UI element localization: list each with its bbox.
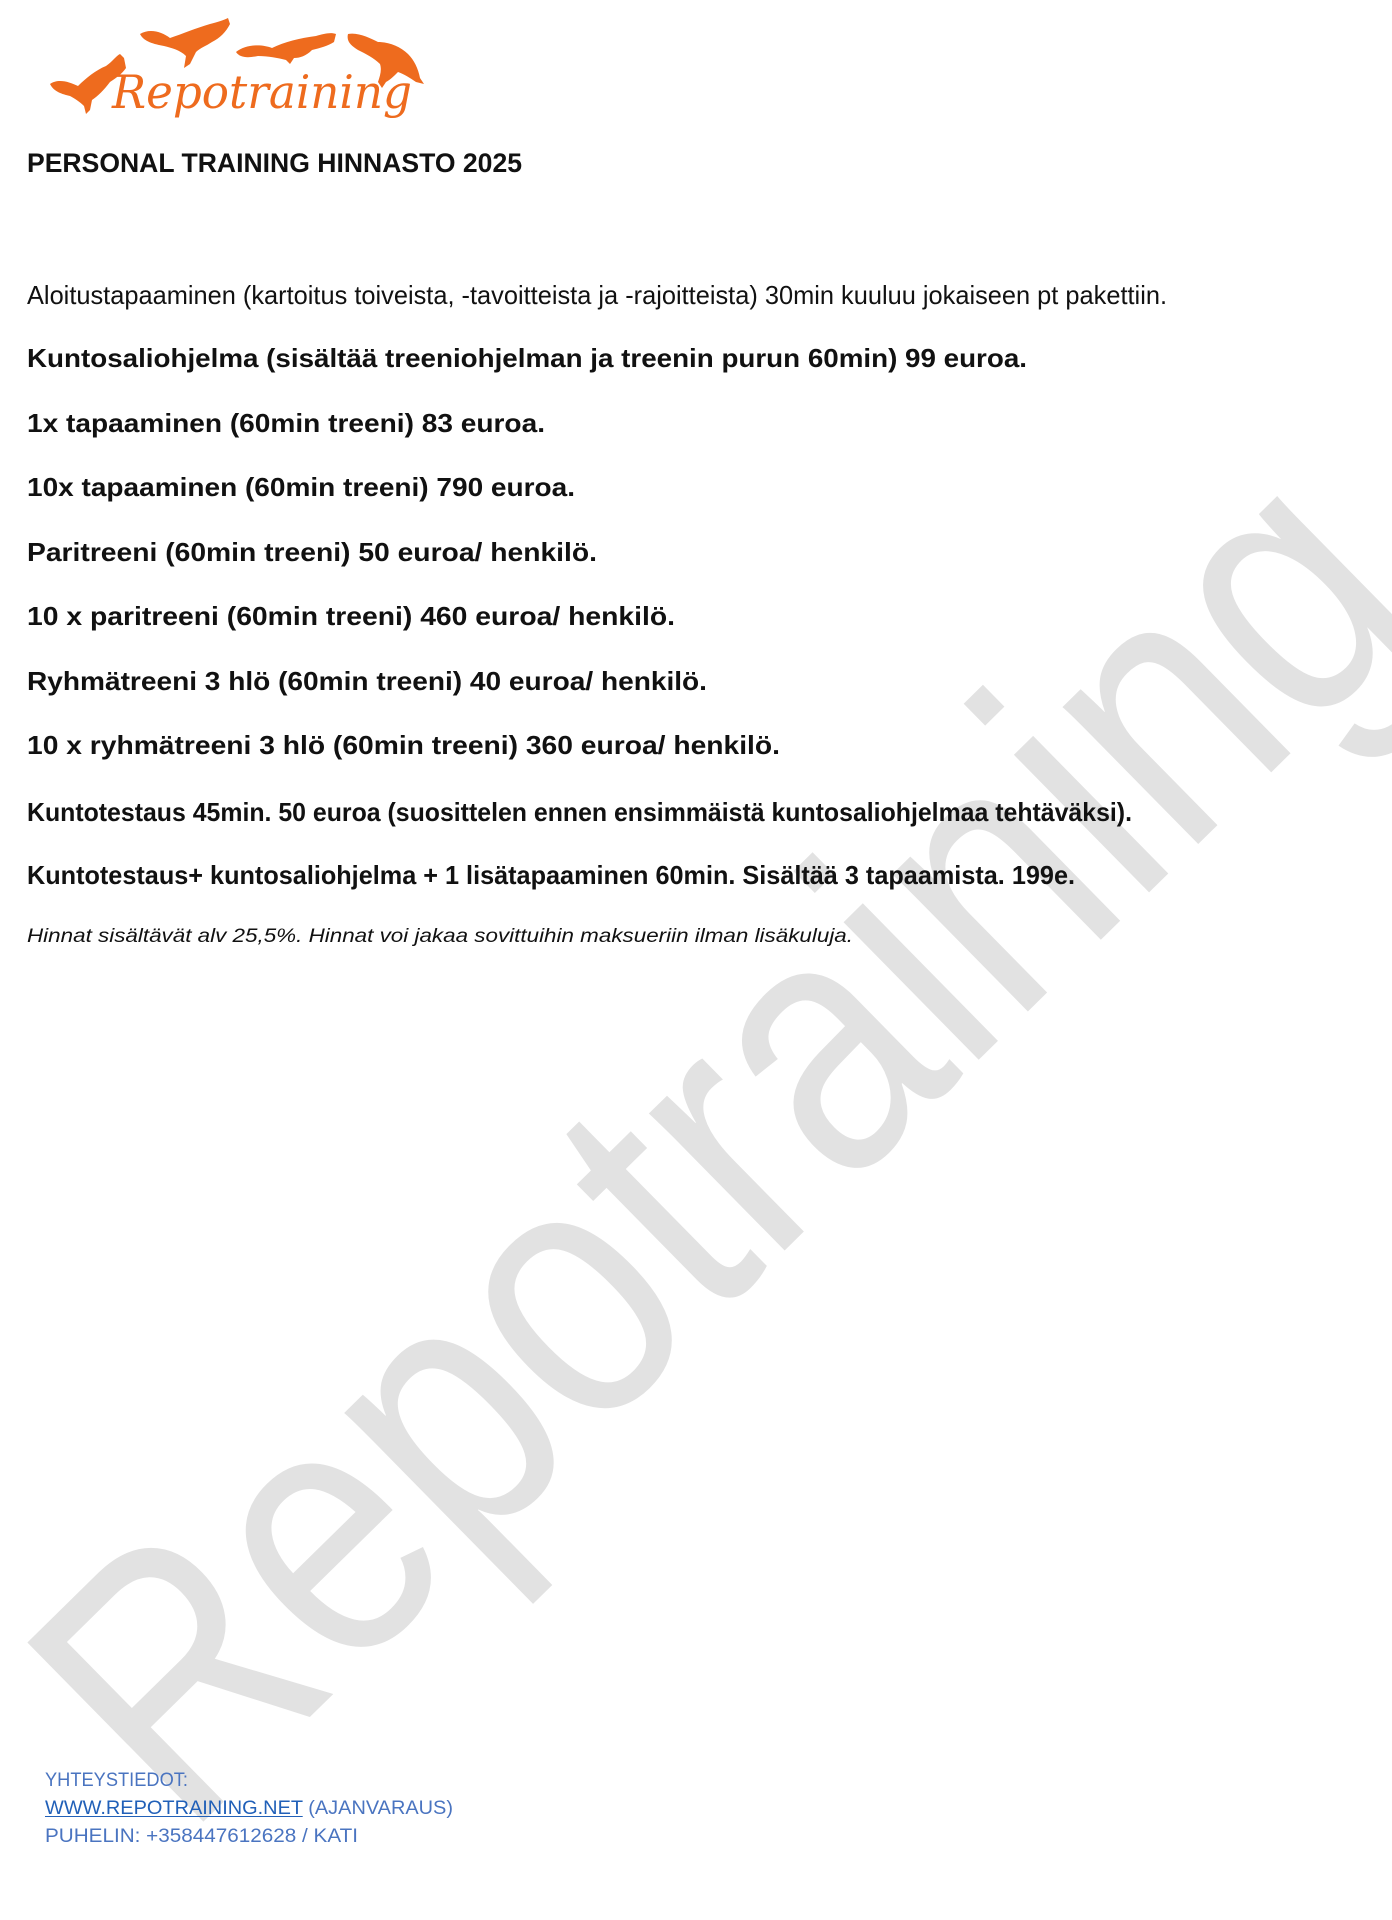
- price-item-text: 10 x paritreeni (60min treeni) 460 euroa…: [27, 603, 675, 629]
- footer-phone: PUHELIN: +358447612628 / KATI: [45, 1827, 332, 1846]
- price-item-text: 10 x ryhmätreeni 3 hlö (60min treeni) 36…: [27, 732, 780, 758]
- price-item-text: Ryhmätreeni 3 hlö (60min treeni) 40 euro…: [27, 668, 707, 694]
- intro-text: Aloitustapaaminen (kartoitus toiveista, …: [27, 282, 1195, 308]
- price-item: Kuntotestaus 45min. 50 euroa (suosittele…: [27, 799, 1183, 825]
- repotraining-logo: Repotraining: [40, 12, 470, 124]
- price-item: 1x tapaaminen (60min treeni) 83 euroa.: [27, 410, 507, 436]
- footer-website-fit: WWW.REPOTRAINING.NET (AJANVARAUS): [45, 1799, 453, 1818]
- footer-phone-text: PUHELIN: +358447612628 / KATI: [45, 1827, 358, 1846]
- leaping-fox-icon: Repotraining: [40, 12, 470, 124]
- price-item-text: Kuntotestaus 45min. 50 euroa (suosittele…: [27, 799, 1132, 825]
- footer-heading-text: YHTEYSTIEDOT:: [45, 1771, 188, 1790]
- price-item-text: 1x tapaaminen (60min treeni) 83 euroa.: [27, 410, 545, 436]
- price-item-text: Kuntotestaus+ kuntosaliohjelma + 1 lisät…: [27, 862, 1075, 888]
- website-suffix: (AJANVARAUS): [303, 1798, 453, 1819]
- footer-website-line: WWW.REPOTRAINING.NET (AJANVARAUS): [45, 1799, 434, 1818]
- vat-note: Hinnat sisältävät alv 25,5%. Hinnat voi …: [27, 927, 727, 946]
- page-title-text: PERSONAL TRAINING HINNASTO 2025: [27, 150, 522, 177]
- intro-text-content: Aloitustapaaminen (kartoitus toiveista, …: [27, 282, 1167, 308]
- logo-text: Repotraining: [111, 65, 412, 119]
- price-item: Kuntotestaus+ kuntosaliohjelma + 1 lisät…: [27, 862, 1106, 888]
- price-item: Ryhmätreeni 3 hlö (60min treeni) 40 euro…: [27, 668, 657, 694]
- price-item: Kuntosaliohjelma (sisältää treeniohjelma…: [27, 345, 963, 371]
- footer-heading: YHTEYSTIEDOT:: [45, 1771, 194, 1790]
- price-item-text: 10x tapaaminen (60min treeni) 790 euroa.: [27, 474, 575, 500]
- price-item: 10x tapaaminen (60min treeni) 790 euroa.: [27, 474, 536, 500]
- price-item: 10 x paritreeni (60min treeni) 460 euroa…: [27, 603, 622, 629]
- price-item-text: Paritreeni (60min treeni) 50 euroa/ henk…: [27, 539, 597, 565]
- price-item-text: Kuntosaliohjelma (sisältää treeniohjelma…: [27, 345, 1027, 371]
- price-item: Paritreeni (60min treeni) 50 euroa/ henk…: [27, 539, 552, 565]
- vat-note-text: Hinnat sisältävät alv 25,5%. Hinnat voi …: [27, 927, 853, 946]
- price-item: 10 x ryhmätreeni 3 hlö (60min treeni) 36…: [27, 732, 721, 758]
- website-link[interactable]: WWW.REPOTRAINING.NET: [45, 1798, 303, 1819]
- document-page: Repotraining Repotraining PERSONAL TRAIN…: [0, 0, 1392, 1920]
- page-title: PERSONAL TRAINING HINNASTO 2025: [27, 150, 530, 177]
